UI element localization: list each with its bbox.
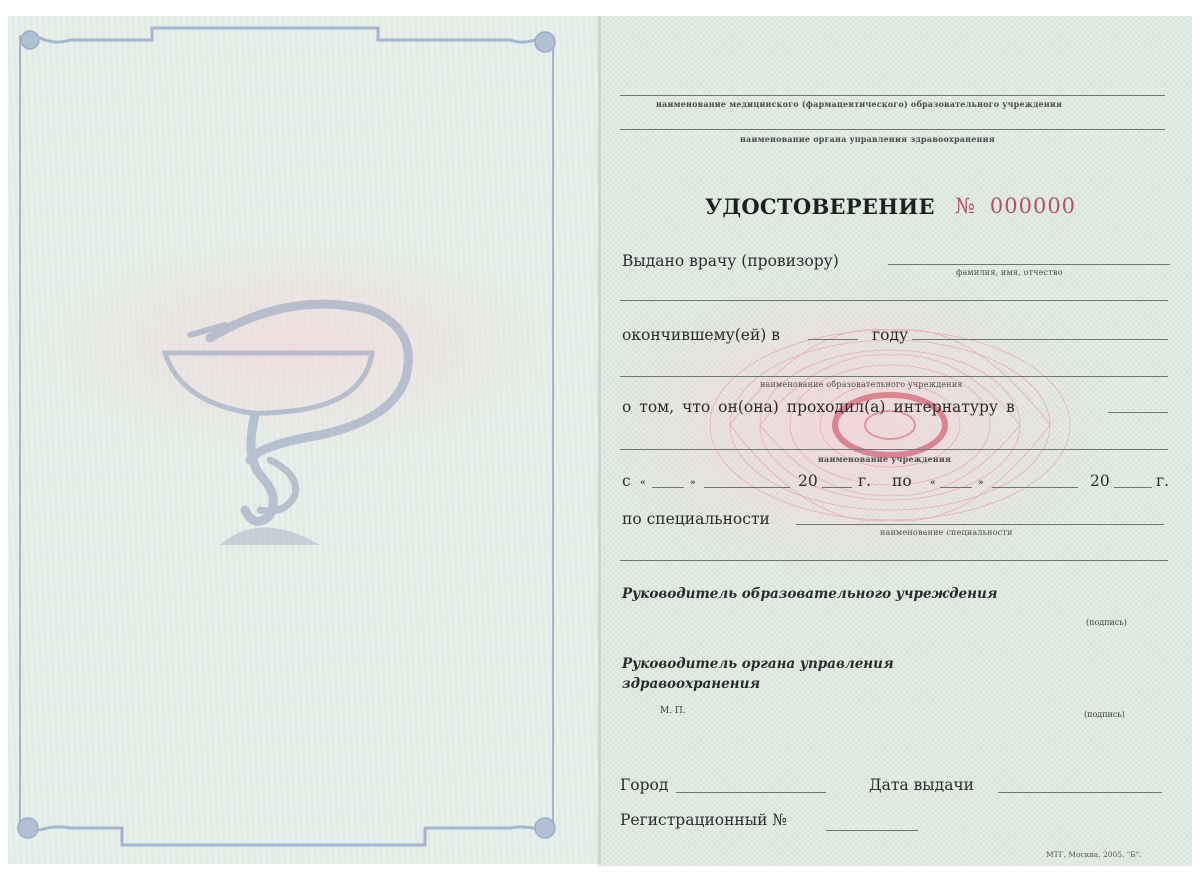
full-name-caption: фамилия, имя, отчество xyxy=(956,268,1063,277)
stamp-place-label: М. П. xyxy=(660,706,686,716)
to-quote-open: « xyxy=(930,478,936,488)
graduated-label: окончившему(ей) в xyxy=(622,326,780,344)
issue-date-field[interactable] xyxy=(998,792,1162,793)
to-month-field[interactable] xyxy=(992,487,1078,488)
signature-2-caption: (подпись) xyxy=(1084,710,1125,719)
full-name-field-2[interactable] xyxy=(620,300,1168,301)
health-authority-caption: наименование органа управления здравоохр… xyxy=(740,134,995,144)
edu-institution-caption: наименование образовательного учреждения xyxy=(760,380,963,389)
from-month-field[interactable] xyxy=(704,487,790,488)
full-name-field[interactable] xyxy=(888,264,1170,265)
head-institution-label: Руководитель образовательного учреждения xyxy=(622,586,998,602)
number-sign: № xyxy=(955,194,976,218)
specialty-label: по специальности xyxy=(622,510,770,528)
specialty-field-2[interactable] xyxy=(620,560,1168,561)
internship-institution-field-2[interactable] xyxy=(620,449,1168,450)
to-year-field[interactable] xyxy=(1114,487,1152,488)
to-quote-close: » xyxy=(978,478,984,488)
head-authority-label-2: здравоохранения xyxy=(622,676,760,692)
institution-short-caption: наименование учреждения xyxy=(818,454,951,464)
reg-number-field[interactable] xyxy=(826,830,918,831)
internship-institution-field[interactable] xyxy=(1108,412,1168,413)
graduation-institution-field[interactable] xyxy=(912,339,1168,340)
graduation-institution-field-2[interactable] xyxy=(620,376,1168,377)
health-authority-line xyxy=(620,129,1165,130)
issue-date-label: Дата выдачи xyxy=(869,776,974,794)
institution-line xyxy=(620,95,1165,96)
to-century: 20 xyxy=(1090,472,1110,490)
specialty-field[interactable] xyxy=(796,524,1164,525)
city-field[interactable] xyxy=(676,792,826,793)
to-label: по xyxy=(892,472,912,490)
from-quote-close: » xyxy=(690,478,696,488)
specialty-caption: наименование специальности xyxy=(880,528,1013,537)
city-label: Город xyxy=(620,776,668,794)
certificate-number: №000000 xyxy=(955,194,1076,218)
printer-mark: МТГ, Москва, 2005, "Б". xyxy=(1046,850,1142,859)
signature-1-caption: (подпись) xyxy=(1086,618,1127,627)
year-word: году xyxy=(872,326,908,344)
bowl-of-hygieia-icon xyxy=(150,280,430,560)
graduation-year-field[interactable] xyxy=(808,339,858,340)
reg-number-label: Регистрационный № xyxy=(620,811,787,829)
from-label: с xyxy=(622,472,631,490)
from-day-field[interactable] xyxy=(652,487,684,488)
to-year-abbr: г. xyxy=(1156,472,1169,490)
from-quote-open: « xyxy=(640,478,646,488)
internship-label: о том, что он(она) проходил(а) интернату… xyxy=(622,398,1015,416)
number-value: 000000 xyxy=(990,194,1076,218)
from-year-field[interactable] xyxy=(822,487,852,488)
institution-caption: наименование медицинского (фармацевтичес… xyxy=(656,99,1062,109)
to-day-field[interactable] xyxy=(940,487,972,488)
document-title: УДОСТОВЕРЕНИЕ xyxy=(705,194,935,219)
from-year-abbr: г. xyxy=(858,472,871,490)
from-century: 20 xyxy=(798,472,818,490)
issued-to-label: Выдано врачу (провизору) xyxy=(622,252,839,270)
head-authority-label-1: Руководитель органа управления xyxy=(622,656,894,672)
